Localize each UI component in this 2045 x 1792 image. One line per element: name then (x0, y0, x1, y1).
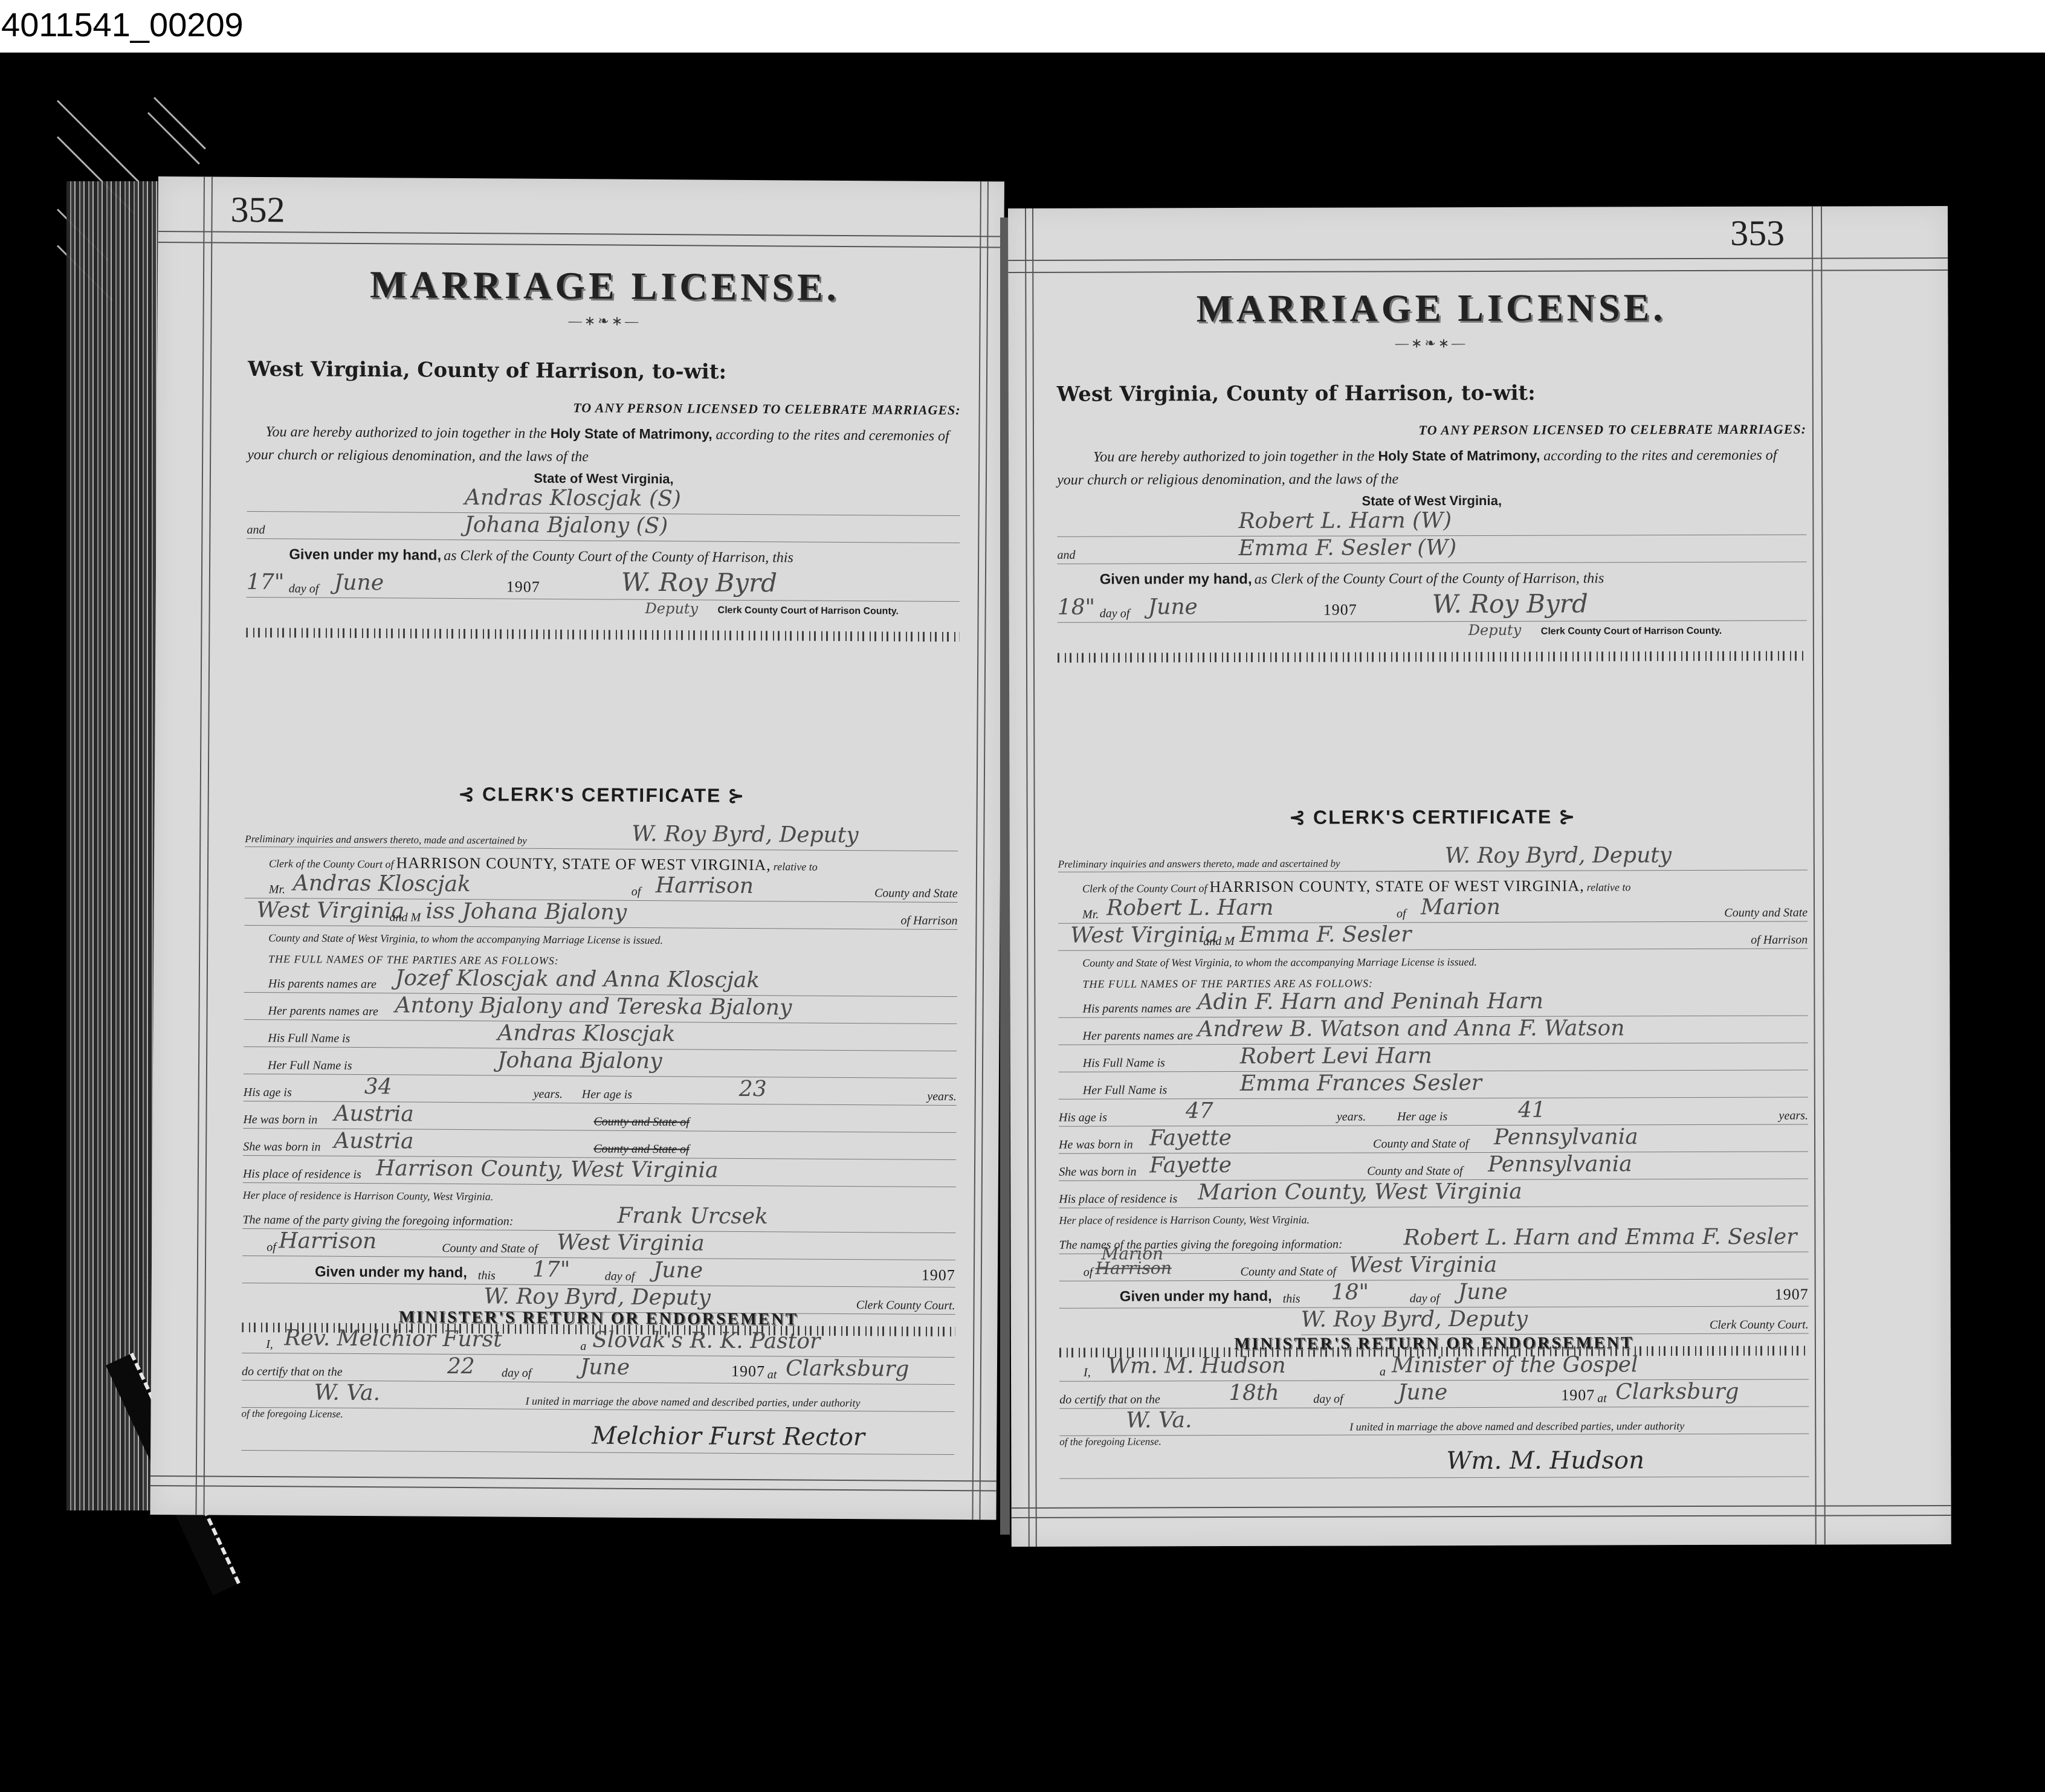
minister-return: MINISTER'S RETURN OR ENDORSEMENT I, Wm. … (1059, 1333, 1809, 1479)
given-post: as Clerk of the County Court of the Coun… (1255, 570, 1604, 587)
clerk-signature: W. Roy Byrd (621, 567, 777, 598)
minister-year: 1907 (731, 1362, 765, 1381)
given-day: 18" (1331, 1280, 1369, 1304)
header-rule (1008, 269, 1948, 273)
license-day: 17" (247, 570, 285, 595)
groom-name: Andras Kloscjak (S) (465, 485, 681, 511)
minister-name: Rev. Melchior Furst (284, 1326, 502, 1352)
her-full-label: Her Full Name is (1083, 1083, 1167, 1097)
of-label: of (1397, 907, 1406, 921)
relative-to: relative to (1587, 881, 1631, 893)
his-parents-label: His parents names are (268, 977, 376, 991)
page-number: 353 (1730, 213, 1785, 254)
given-label: Given under my hand, (289, 546, 441, 564)
informant-label: The name of the party giving the foregoi… (242, 1213, 513, 1229)
minister-signature: Wm. M. Hudson (1446, 1446, 1644, 1475)
his-parents: Adin F. Harn and Peninah Harn (1197, 989, 1543, 1014)
he-born: Fayette (1149, 1126, 1232, 1150)
his-age: 47 (1186, 1098, 1213, 1123)
minister-month: June (1398, 1380, 1447, 1405)
her-age: 23 (739, 1077, 767, 1101)
her-full-label: Her Full Name is (268, 1059, 352, 1073)
his-age: 34 (364, 1074, 392, 1099)
of-harrison: of Harrison (901, 914, 958, 929)
given-month: June (1458, 1280, 1508, 1304)
his-parents-line: His parents names are Jozef Kloscjak and… (244, 965, 957, 997)
she-born-label: She was born in (1059, 1165, 1136, 1179)
inf-county-state-label: County and State of (1241, 1265, 1336, 1279)
minister-signature: Melchior Furst Rector (592, 1422, 865, 1451)
informant-county-line: of Harrison County and State of West Vir… (242, 1229, 955, 1260)
clerk-of-label: Clerk of the County Court of (269, 857, 394, 870)
certificate-title-text: CLERK'S CERTIFICATE (482, 783, 721, 806)
inf-state: West Virginia (557, 1230, 705, 1255)
license-title: MARRIAGE LICENSE. (1056, 285, 1806, 332)
license-title: MARRIAGE LICENSE. (248, 262, 961, 311)
prelim-value: W. Roy Byrd, Deputy (632, 822, 859, 848)
inf-of-label: of (267, 1240, 276, 1254)
county-state-label: County and State (874, 886, 958, 901)
clerk-county-label: Clerk County Court of Harrison County. (718, 605, 899, 617)
clerk-label-row: Deputy Clerk County Court of Harrison Co… (247, 598, 960, 620)
his-res: Marion County, West Virginia (1198, 1179, 1522, 1205)
at-label: at (1597, 1391, 1607, 1405)
deputy-label: Deputy (645, 600, 699, 617)
given-date-line: Given under my hand, this 18" day of Jun… (1059, 1280, 1809, 1309)
license-section: MARRIAGE LICENSE. —∗❧∗— West Virginia, C… (246, 262, 961, 642)
image-id-header: 4011541_00209 (0, 0, 2045, 53)
mr-label: Mr. (269, 883, 285, 897)
informant-county-line: of Harrison Marion County and State of W… (1059, 1252, 1809, 1281)
page-number: 352 (230, 189, 285, 231)
her-parents: Antony Bjalony and Tereska Bjalony (395, 993, 792, 1020)
county-heading: West Virginia, County of Harrison, to-wi… (248, 357, 961, 385)
minister-return: MINISTER'S RETURN OR ENDORSEMENT I, Rev.… (241, 1307, 955, 1455)
this-label: this (1283, 1292, 1300, 1306)
clerk-of-value: HARRISON COUNTY, STATE OF WEST VIRGINIA, (1209, 877, 1584, 896)
years-label: years. (534, 1088, 563, 1101)
her-age-label: Her age is (1397, 1110, 1447, 1124)
he-born: Austria (334, 1101, 414, 1127)
she-born-line: She was born in Fayette County and State… (1059, 1152, 1808, 1181)
given-day: 17" (532, 1257, 570, 1282)
ornament: —∗❧∗— (248, 311, 961, 331)
and-label: and (247, 523, 265, 537)
mr-label: Mr. (1082, 908, 1099, 922)
prelim-value: W. Roy Byrd, Deputy (1445, 843, 1672, 868)
county-state-label: County and State (1724, 906, 1808, 920)
minister-place2: W. Va. (1126, 1408, 1192, 1433)
she-state: Pennsylvania (1488, 1152, 1632, 1177)
prelim-line: Preliminary inquiries and answers theret… (1058, 840, 1808, 872)
header-rule (158, 242, 1004, 248)
given-label: Given under my hand, (1100, 571, 1252, 588)
certify-label: do certify that on the (242, 1365, 343, 1379)
minister-day: 22 (447, 1354, 475, 1379)
inf-county: Marion (1101, 1243, 1163, 1263)
years-label: years. (1337, 1110, 1366, 1124)
minister-title: MINISTER'S RETURN OR ENDORSEMENT (1059, 1333, 1809, 1355)
m-line: West Virginia and M Emma F. Sesler of Ha… (1058, 922, 1808, 951)
header-rule (1008, 257, 1948, 261)
her-full: Emma Frances Sesler (1240, 1071, 1482, 1096)
his-full-line: His Full Name is Andras Kloscjak (244, 1020, 957, 1051)
minister-name: Wm. M. Hudson (1108, 1353, 1286, 1379)
she-county-state-label: County and State of (1367, 1164, 1462, 1178)
footer-rule (1012, 1515, 1951, 1518)
margin-rule (1812, 207, 1817, 1545)
groom-line: Andras Kloscjak (S) (247, 485, 960, 516)
certificate-title-text: CLERK'S CERTIFICATE (1313, 806, 1552, 828)
license-section: MARRIAGE LICENSE. —∗❧∗— West Virginia, C… (1056, 285, 1807, 663)
date-line: 18" day of June 1907 W. Roy Byrd (1058, 587, 1807, 623)
county-state-struck: County and State of (593, 1142, 689, 1156)
margin-rule (1025, 208, 1030, 1547)
prelim-line: Preliminary inquiries and answers theret… (245, 816, 958, 851)
given-line: Given under my hand, as Clerk of the Cou… (1058, 570, 1807, 588)
this-label: this (478, 1269, 496, 1283)
he-born-label: He was born in (243, 1113, 317, 1127)
his-full-label: His Full Name is (268, 1031, 350, 1046)
i-label: I, (1084, 1366, 1091, 1380)
addressee: TO ANY PERSON LICENSED TO CELEBRATE MARR… (1057, 422, 1806, 439)
her-parents-line: Her parents names are Andrew B. Watson a… (1059, 1016, 1808, 1045)
minister-signature-line: of the foregoing License. Melchior Furst… (241, 1408, 954, 1455)
she-born: Austria (334, 1129, 414, 1154)
county-heading: West Virginia, County of Harrison, to-wi… (1057, 381, 1806, 407)
clerk-label-row: Deputy Clerk County Court of Harrison Co… (1058, 621, 1807, 641)
his-full: Robert Levi Harn (1240, 1043, 1432, 1069)
his-res-line: His place of residence is Marion County,… (1059, 1179, 1808, 1208)
holy-state: Holy State of Matrimony, (1378, 448, 1540, 464)
page-stack-edge (66, 181, 160, 1510)
cert-signature: W. Roy Byrd, Deputy (1301, 1307, 1528, 1332)
groom-name: Robert L. Harn (W) (1238, 508, 1452, 533)
minister-day: 18th (1229, 1381, 1279, 1405)
deputy-label: Deputy (1468, 622, 1522, 639)
bride-line: and Johana Bjalony (S) (247, 512, 960, 543)
day-of-label: day of (1313, 1393, 1343, 1407)
minister-role: Minister of the Gospel (1392, 1352, 1638, 1378)
certificate-title: ⊰ CLERK'S CERTIFICATE ⊱ (245, 781, 958, 808)
margin-rule (1821, 206, 1826, 1544)
he-county-state-label: County and State of (1373, 1137, 1468, 1151)
clerk-of-line: Clerk of the County Court of HARRISON CO… (1058, 877, 1808, 897)
margin-rule (979, 181, 989, 1520)
groom-line: Robert L. Harn (W) (1057, 508, 1806, 537)
prelim-label: Preliminary inquiries and answers theret… (1058, 858, 1340, 871)
given-date-line: Given under my hand, this 17" day of Jun… (242, 1256, 955, 1288)
her-full-line: Her Full Name is Emma Frances Sesler (1059, 1071, 1808, 1100)
clerk-of-value: HARRISON COUNTY, STATE OF WEST VIRGINIA, (396, 854, 771, 874)
day-of-label: day of (1410, 1292, 1439, 1306)
his-age-label: His age is (244, 1086, 292, 1100)
and-label: and (1057, 549, 1075, 562)
years-label: years. (927, 1090, 956, 1104)
minister-place2-line: W. Va. I united in marriage the above na… (242, 1381, 955, 1412)
holy-state: Holy State of Matrimony, (551, 425, 712, 442)
and-m-label: and M (389, 911, 421, 924)
cert-signature: W. Roy Byrd, Deputy (484, 1284, 711, 1310)
accompany-text: County and State of West Virginia, to wh… (268, 932, 957, 949)
footer-rule (1012, 1505, 1951, 1509)
informant: Robert L. Harn and Emma F. Sesler (1403, 1225, 1797, 1251)
license-month: June (334, 570, 384, 596)
united-text: I united in marriage the above named and… (1349, 1420, 1684, 1433)
clerk-court-label: Clerk County Court. (1710, 1318, 1809, 1332)
margin-rule (203, 177, 213, 1515)
inf-state: West Virginia (1349, 1252, 1497, 1278)
minister-place2-line: W. Va. I united in marriage the above na… (1059, 1407, 1809, 1436)
footer-rule (150, 1485, 997, 1492)
authorization-text: You are hereby authorized to join togeth… (247, 420, 960, 471)
his-res-line: His place of residence is Harrison Count… (243, 1156, 956, 1187)
minister-role: Slovak's R. K. Pastor (592, 1327, 820, 1353)
at-label: at (767, 1368, 777, 1382)
relative-to: relative to (774, 860, 818, 872)
minister-name-line: I, Rev. Melchior Furst a Slovak's R. K. … (242, 1326, 955, 1358)
bride-name: Johana Bjalony (S) (464, 512, 668, 538)
license-year: 1907 (506, 578, 540, 596)
her-full-line: Her Full Name is Johana Bjalony (244, 1047, 957, 1078)
clerk-certificate: ⊰ CLERK'S CERTIFICATE ⊱ Preliminary inqu… (1058, 787, 1809, 1358)
his-res: Harrison County, West Virginia (376, 1156, 719, 1182)
years-label: years. (1779, 1109, 1808, 1123)
minister-place: Clarksburg (786, 1356, 909, 1381)
mr-county: Marion (1421, 895, 1501, 920)
inf-of-label: of (1084, 1266, 1093, 1280)
minister-signature-line: of the foregoing License. Wm. M. Hudson (1059, 1434, 1809, 1479)
foregoing-text: of the foregoing License. (1059, 1436, 1161, 1448)
she-born-label: She was born in (243, 1140, 320, 1155)
his-parents: Jozef Kloscjak and Anna Kloscjak (395, 965, 760, 993)
her-parents-line: Her parents names are Antony Bjalony and… (244, 993, 957, 1024)
authorization-pre: You are hereby authorized to join togeth… (265, 424, 546, 442)
header-rule (158, 231, 1004, 237)
given-month: June (653, 1258, 703, 1283)
of-label: of (632, 885, 641, 899)
accompany-text: County and State of West Virginia, to wh… (1082, 955, 1808, 970)
his-res-label: His place of residence is (1059, 1192, 1177, 1207)
mr-state: West Virginia (256, 898, 404, 923)
informant: Frank Urcsek (617, 1204, 768, 1230)
clerk-certificate: ⊰ CLERK'S CERTIFICATE ⊱ Preliminary inqu… (242, 763, 958, 1336)
minister-date-line: do certify that on the 18th day of June … (1059, 1380, 1809, 1409)
m-value: iss Johana Bjalony (425, 899, 627, 925)
age-line: His age is 47 years. Her age is 41 years… (1059, 1098, 1808, 1127)
cert-signature-line: W. Roy Byrd, Deputy Clerk County Court. (1301, 1307, 1809, 1335)
foregoing-text: of the foregoing License. (241, 1408, 343, 1420)
her-full: Johana Bjalony (497, 1048, 662, 1074)
m-line: West Virginia and M iss Johana Bjalony o… (244, 898, 957, 930)
day-of-label: day of (1100, 607, 1129, 620)
bride-line: and Emma F. Sesler (W) (1057, 535, 1806, 564)
mr-value: Andras Kloscjak (293, 871, 471, 897)
certify-label: do certify that on the (1059, 1393, 1160, 1407)
inf-county: Harrison (279, 1228, 376, 1254)
minister-month: June (580, 1355, 630, 1380)
a-label: a (580, 1339, 586, 1353)
authorization-pre: You are hereby authorized to join togeth… (1093, 448, 1374, 465)
authorization-text: You are hereby authorized to join togeth… (1057, 443, 1806, 492)
image-id: 4011541_00209 (1, 5, 244, 44)
of-harrison: of Harrison (1751, 933, 1808, 947)
prelim-label: Preliminary inquiries and answers theret… (245, 833, 527, 847)
he-state: Pennsylvania (1494, 1124, 1638, 1150)
given-year: 1907 (922, 1266, 955, 1284)
footer-rule (150, 1475, 997, 1482)
minister-year: 1907 (1561, 1386, 1595, 1404)
given-post: as Clerk of the County Court of the Coun… (444, 548, 793, 566)
margin-rule (1032, 208, 1037, 1547)
license-day: 18" (1058, 595, 1095, 620)
given-label: Given under my hand, (1120, 1288, 1272, 1306)
license-year: 1907 (1323, 601, 1357, 619)
state-line: State of West Virginia, (1057, 492, 1806, 510)
his-full-line: His Full Name is Robert Levi Harn (1059, 1043, 1808, 1072)
mr-county: Harrison (656, 873, 754, 898)
minister-place: Clarksburg (1615, 1379, 1739, 1405)
informant-line: The names of the parties giving the fore… (1059, 1225, 1808, 1254)
his-full: Andras Kloscjak (497, 1020, 675, 1046)
license-month: June (1148, 595, 1198, 619)
she-born: Fayette (1149, 1153, 1232, 1178)
her-age: 41 (1518, 1098, 1546, 1123)
her-parents-label: Her parents names are (268, 1004, 378, 1019)
left-page: 352 MARRIAGE LICENSE. —∗❧∗— West Virgini… (150, 176, 1004, 1520)
his-full-label: His Full Name is (1083, 1056, 1165, 1070)
ornament: —∗❧∗— (1057, 335, 1806, 352)
date-line: 17" day of June 1907 W. Roy Byrd (247, 563, 960, 602)
day-of-label: day of (502, 1367, 532, 1381)
his-age-label: His age is (1059, 1111, 1107, 1125)
mr-value: Robert L. Harn (1106, 895, 1273, 921)
a-label: a (1380, 1365, 1386, 1379)
given-label: Given under my hand, (315, 1264, 467, 1282)
clerk-of-label: Clerk of the County Court of (1082, 882, 1207, 895)
m-value: Emma F. Sesler (1239, 922, 1411, 947)
county-state-struck: County and State of (593, 1115, 689, 1129)
given-year: 1907 (1775, 1286, 1809, 1304)
he-born-label: He was born in (1059, 1138, 1133, 1152)
i-label: I, (266, 1338, 273, 1352)
day-of-label: day of (289, 582, 319, 596)
clerk-county-label: Clerk County Court of Harrison County. (1541, 626, 1722, 637)
and-m-label: and M (1203, 935, 1235, 949)
his-res-label: His place of residence is (243, 1167, 361, 1182)
his-parents-line: His parents names are Adin F. Harn and P… (1058, 989, 1808, 1018)
day-of-label: day of (605, 1270, 635, 1284)
her-parents-label: Her parents names are (1083, 1029, 1193, 1043)
her-age-label: Her age is (582, 1088, 632, 1102)
minister-name-line: I, Wm. M. Hudson a Minister of the Gospe… (1059, 1353, 1809, 1382)
right-page: 353 MARRIAGE LICENSE. —∗❧∗— West Virgini… (1008, 206, 1951, 1547)
his-parents-label: His parents names are (1082, 1002, 1190, 1016)
inf-county-state-label: County and State of (442, 1242, 537, 1256)
she-born-line: She was born in Austria County and State… (243, 1129, 956, 1160)
certificate-title: ⊰ CLERK'S CERTIFICATE ⊱ (1058, 805, 1808, 830)
bride-name: Emma F. Sesler (W) (1238, 535, 1456, 561)
margin-rule (195, 176, 205, 1515)
minister-place2: W. Va. (314, 1381, 380, 1406)
ornamental-divider (246, 628, 959, 642)
mr-state: West Virginia (1070, 923, 1218, 948)
addressee: TO ANY PERSON LICENSED TO CELEBRATE MARR… (248, 398, 961, 418)
united-text: I united in marriage the above named and… (526, 1395, 861, 1410)
her-parents: Andrew B. Watson and Anna F. Watson (1198, 1016, 1625, 1042)
mr-line: Mr. Robert L. Harn of Marion County and … (1058, 895, 1808, 924)
he-born-line: He was born in Fayette County and State … (1059, 1125, 1808, 1154)
ornamental-divider (1058, 651, 1807, 663)
clerk-signature: W. Roy Byrd (1432, 588, 1588, 619)
